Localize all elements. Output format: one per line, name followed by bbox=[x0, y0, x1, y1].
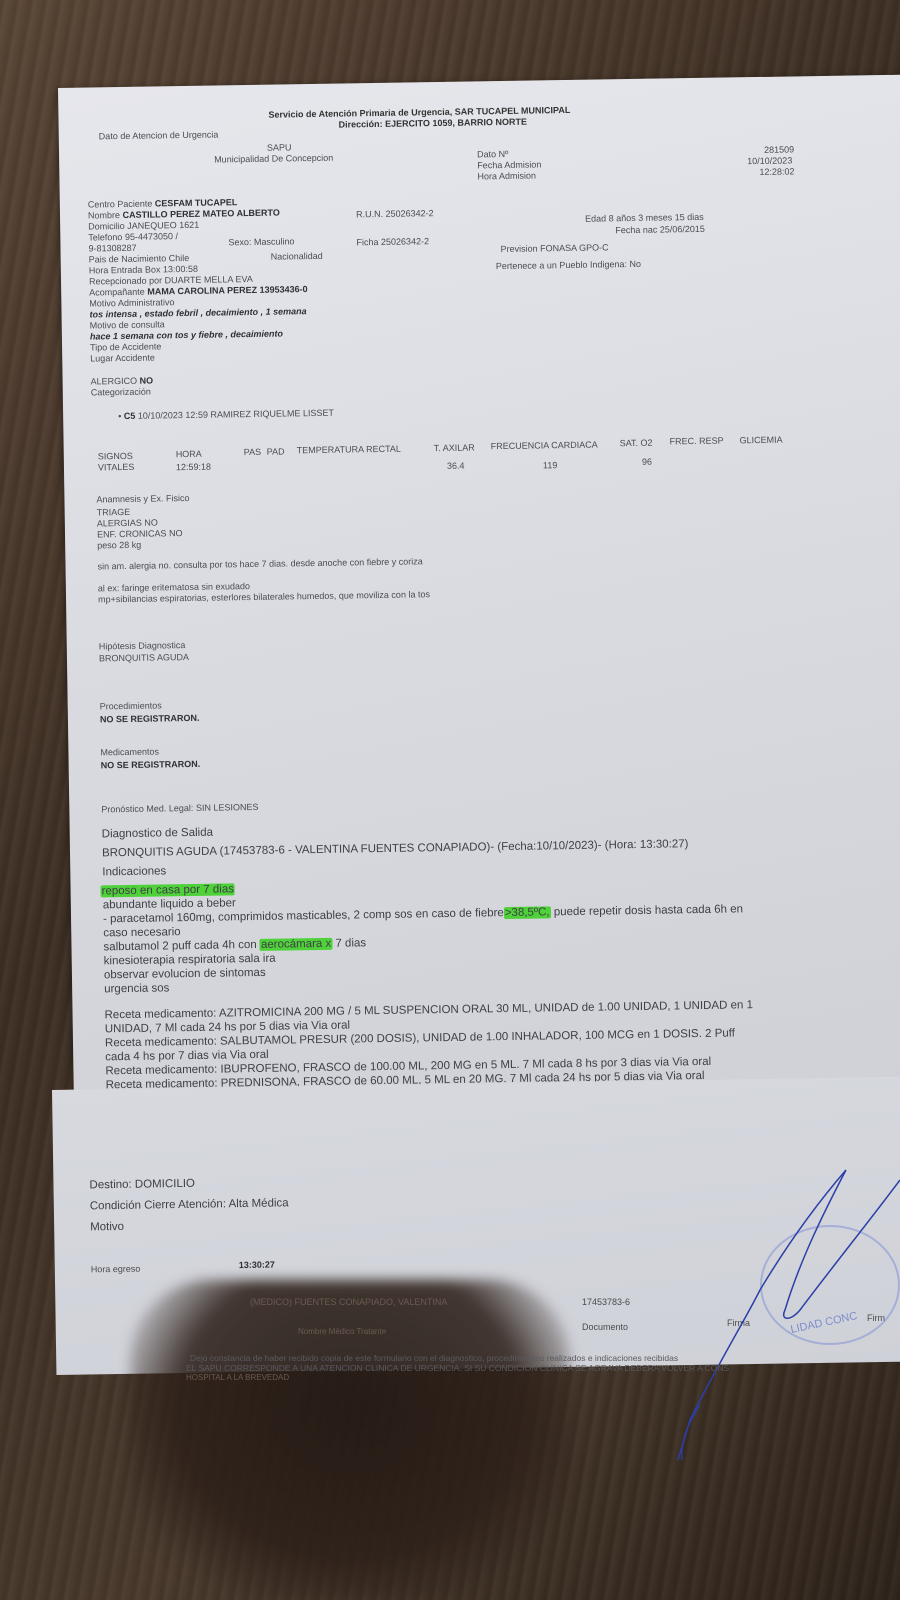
vitals-t-axilar-value: 36.4 bbox=[447, 461, 465, 471]
official-stamp: LIDAD CONC bbox=[760, 1225, 900, 1345]
vitals-col-frec-cardiaca: FRECUENCIA CARDIACA bbox=[491, 440, 598, 452]
tipo-accidente-label: Tipo de Accidente bbox=[90, 341, 161, 352]
vitals-col-pas: PAS bbox=[244, 447, 261, 457]
receta-line: Receta medicamento: AZITROMICINA 200 MG … bbox=[104, 999, 753, 1021]
anamnesis-label: Anamnesis y Ex. Fisico bbox=[96, 493, 189, 504]
indicacion-reposo: reposo en casa por 7 dias bbox=[101, 883, 236, 897]
categorizacion-entry: • C5 10/10/2023 12:59 RAMIREZ RIQUELME L… bbox=[118, 408, 334, 421]
anamnesis-line: ALERGIAS NO bbox=[97, 517, 158, 528]
domicilio-row: Domicilio JANEQUEO 1621 bbox=[88, 220, 199, 232]
highlight-mark: reposo en casa por 7 dias bbox=[101, 883, 236, 897]
vitals-title-2: VITALES bbox=[98, 462, 135, 473]
vitals-title-1: SIGNOS bbox=[98, 451, 133, 462]
indicacion-salbutamol: salbutamol 2 puff cada 4h con aerocámara… bbox=[103, 937, 366, 953]
dato-label: Dato Nº bbox=[477, 149, 508, 159]
receta-line: UNIDAD, 7 Ml cada 24 hs por 5 dias via V… bbox=[105, 1020, 350, 1036]
condicion-row: Condición Cierre Atención: Alta Médica bbox=[90, 1197, 289, 1212]
motivo-consulta-label: Motivo de consulta bbox=[90, 319, 165, 330]
categorizacion-label: Categorización bbox=[91, 387, 151, 398]
vitals-col-t-axilar: T. AXILAR bbox=[434, 442, 475, 453]
hora-egreso-value: 13:30:27 bbox=[239, 1260, 275, 1271]
footer-line-3: HOSPITAL A LA BREVEDAD bbox=[186, 1373, 289, 1382]
medico-label: Nombre Médico Tratante bbox=[298, 1327, 386, 1336]
receta-line: cada 4 hs por 7 dias via Via oral bbox=[105, 1049, 269, 1064]
telefono-row-2: 9-81308287 bbox=[88, 243, 136, 254]
vitals-col-frec-resp: FREC. RESP bbox=[670, 436, 724, 447]
run-row: R.U.N. 25026342-2 bbox=[356, 208, 434, 219]
motivo-consulta-value: hace 1 semana con tos y fiebre , decaimi… bbox=[90, 328, 283, 341]
vitals-col-hora: HORA bbox=[176, 449, 202, 459]
vitals-frec-cardiaca-value: 119 bbox=[543, 460, 558, 470]
highlight-mark: aerocámara x bbox=[260, 938, 332, 951]
procedimientos-value: NO SE REGISTRARON. bbox=[100, 713, 200, 725]
anamnesis-paragraph: sin am. alergia no. consulta por tos hac… bbox=[97, 556, 422, 571]
motivo-admin-value: tos intensa , estado febril , decaimient… bbox=[89, 306, 306, 319]
nacionalidad-label: Nacionalidad bbox=[271, 251, 323, 262]
vitals-col-glicemia: GLICEMIA bbox=[740, 435, 783, 446]
edad-row: Edad 8 años 3 meses 15 dias bbox=[585, 212, 704, 224]
urgency-care-record: Servicio de Atención Primaria de Urgenci… bbox=[58, 74, 900, 1097]
address-line: Dirección: EJERCITO 1059, BARRIO NORTE bbox=[339, 117, 528, 130]
fecha-admision-value: 10/10/2023 bbox=[747, 155, 792, 166]
hora-admision-label: Hora Admision bbox=[477, 171, 536, 182]
diagnostico-salida-label: Diagnostico de Salida bbox=[102, 827, 213, 841]
hora-egreso-label: Hora egreso bbox=[91, 1264, 141, 1275]
anamnesis-line: ENF. CRONICAS NO bbox=[97, 528, 183, 539]
vitals-col-sat-o2: SAT. O2 bbox=[620, 438, 653, 449]
form-label: Dato de Atencion de Urgencia bbox=[99, 129, 219, 141]
medicamentos-label: Medicamentos bbox=[100, 746, 159, 757]
footer-line-1: Dejo constancia de haber recibido copia … bbox=[190, 1353, 678, 1363]
prevision-row: Prevision FONASA GPO-C bbox=[501, 242, 609, 254]
medico-name: (MEDICO) FUENTES CONAPIADO, VALENTINA bbox=[250, 1297, 447, 1307]
indicaciones-label: Indicaciones bbox=[102, 865, 166, 878]
highlight-mark: >38,5ºC, bbox=[504, 906, 551, 919]
indicacion-kinesio: kinesioterapia respiratoria sala ira bbox=[104, 953, 276, 968]
fecha-nac-row: Fecha nac 25/06/2015 bbox=[615, 224, 705, 235]
pais-row: Pais de Nacimiento Chile bbox=[89, 253, 190, 265]
org-name: Municipalidad De Concepcion bbox=[214, 153, 333, 165]
indicacion-liquido: abundante liquido a beber bbox=[103, 897, 236, 911]
footer-line-2: EL SAPU CORRESPONDE A UNA ATENCION CLINI… bbox=[186, 1363, 729, 1373]
indicacion-observar: observar evolucion de sintomas bbox=[104, 967, 266, 982]
anamnesis-line: peso 28 kg bbox=[97, 540, 141, 551]
pueblo-row: Pertenece a un Pueblo Indigena: No bbox=[496, 259, 641, 271]
vitals-sat-o2-value: 96 bbox=[642, 457, 652, 467]
vitals-hora-value: 12:59:18 bbox=[176, 462, 211, 473]
documento-label: Documento bbox=[582, 1322, 628, 1332]
hipotesis-value: BRONQUITIS AGUDA bbox=[99, 652, 189, 663]
pronostico-row: Pronóstico Med. Legal: SIN LESIONES bbox=[101, 802, 258, 814]
vitals-col-pad: PAD bbox=[267, 446, 285, 456]
nombre-row: Nombre CASTILLO PEREZ MATEO ALBERTO bbox=[88, 208, 280, 221]
acompanante-row: Acompañante MAMA CAROLINA PEREZ 13953436… bbox=[89, 284, 308, 297]
destino-row: Destino: DOMICILIO bbox=[89, 1178, 195, 1192]
hipotesis-label: Hipótesis Diagnostica bbox=[99, 640, 186, 651]
ficha-row: Ficha 25026342-2 bbox=[356, 236, 429, 247]
vitals-col-temp-rectal: TEMPERATURA RECTAL bbox=[297, 444, 401, 456]
diagnostico-salida-value: BRONQUITIS AGUDA (17453783-6 - VALENTINA… bbox=[102, 838, 689, 859]
stamp-text: LIDAD CONC bbox=[789, 1310, 858, 1336]
anamnesis-line: TRIAGE bbox=[97, 507, 131, 518]
medicamentos-value: NO SE REGISTRARON. bbox=[101, 759, 201, 771]
org-short: SAPU bbox=[267, 142, 292, 152]
procedimientos-label: Procedimientos bbox=[100, 700, 162, 711]
lugar-accidente-label: Lugar Accidente bbox=[90, 353, 155, 364]
alergico-row: ALERGICO NO bbox=[91, 376, 154, 387]
sexo-row: Sexo: Masculino bbox=[228, 236, 294, 247]
indicacion-urgencia: urgencia sos bbox=[104, 982, 169, 995]
motivo-admin-label: Motivo Administrativo bbox=[89, 297, 174, 308]
dato-value: 281509 bbox=[764, 144, 794, 154]
telefono-row: Telefono 95-4473050 / bbox=[88, 231, 178, 242]
hora-box-row: Hora Entrada Box 13:00:58 bbox=[89, 264, 198, 276]
firma-label: Firma bbox=[727, 1318, 750, 1328]
indicacion-caso: caso necesario bbox=[103, 926, 181, 939]
fecha-admision-label: Fecha Admision bbox=[477, 159, 541, 170]
hora-admision-value: 12:28:02 bbox=[759, 166, 794, 177]
motivo-label: Motivo bbox=[90, 1221, 124, 1234]
documento-value: 17453783-6 bbox=[582, 1297, 630, 1307]
